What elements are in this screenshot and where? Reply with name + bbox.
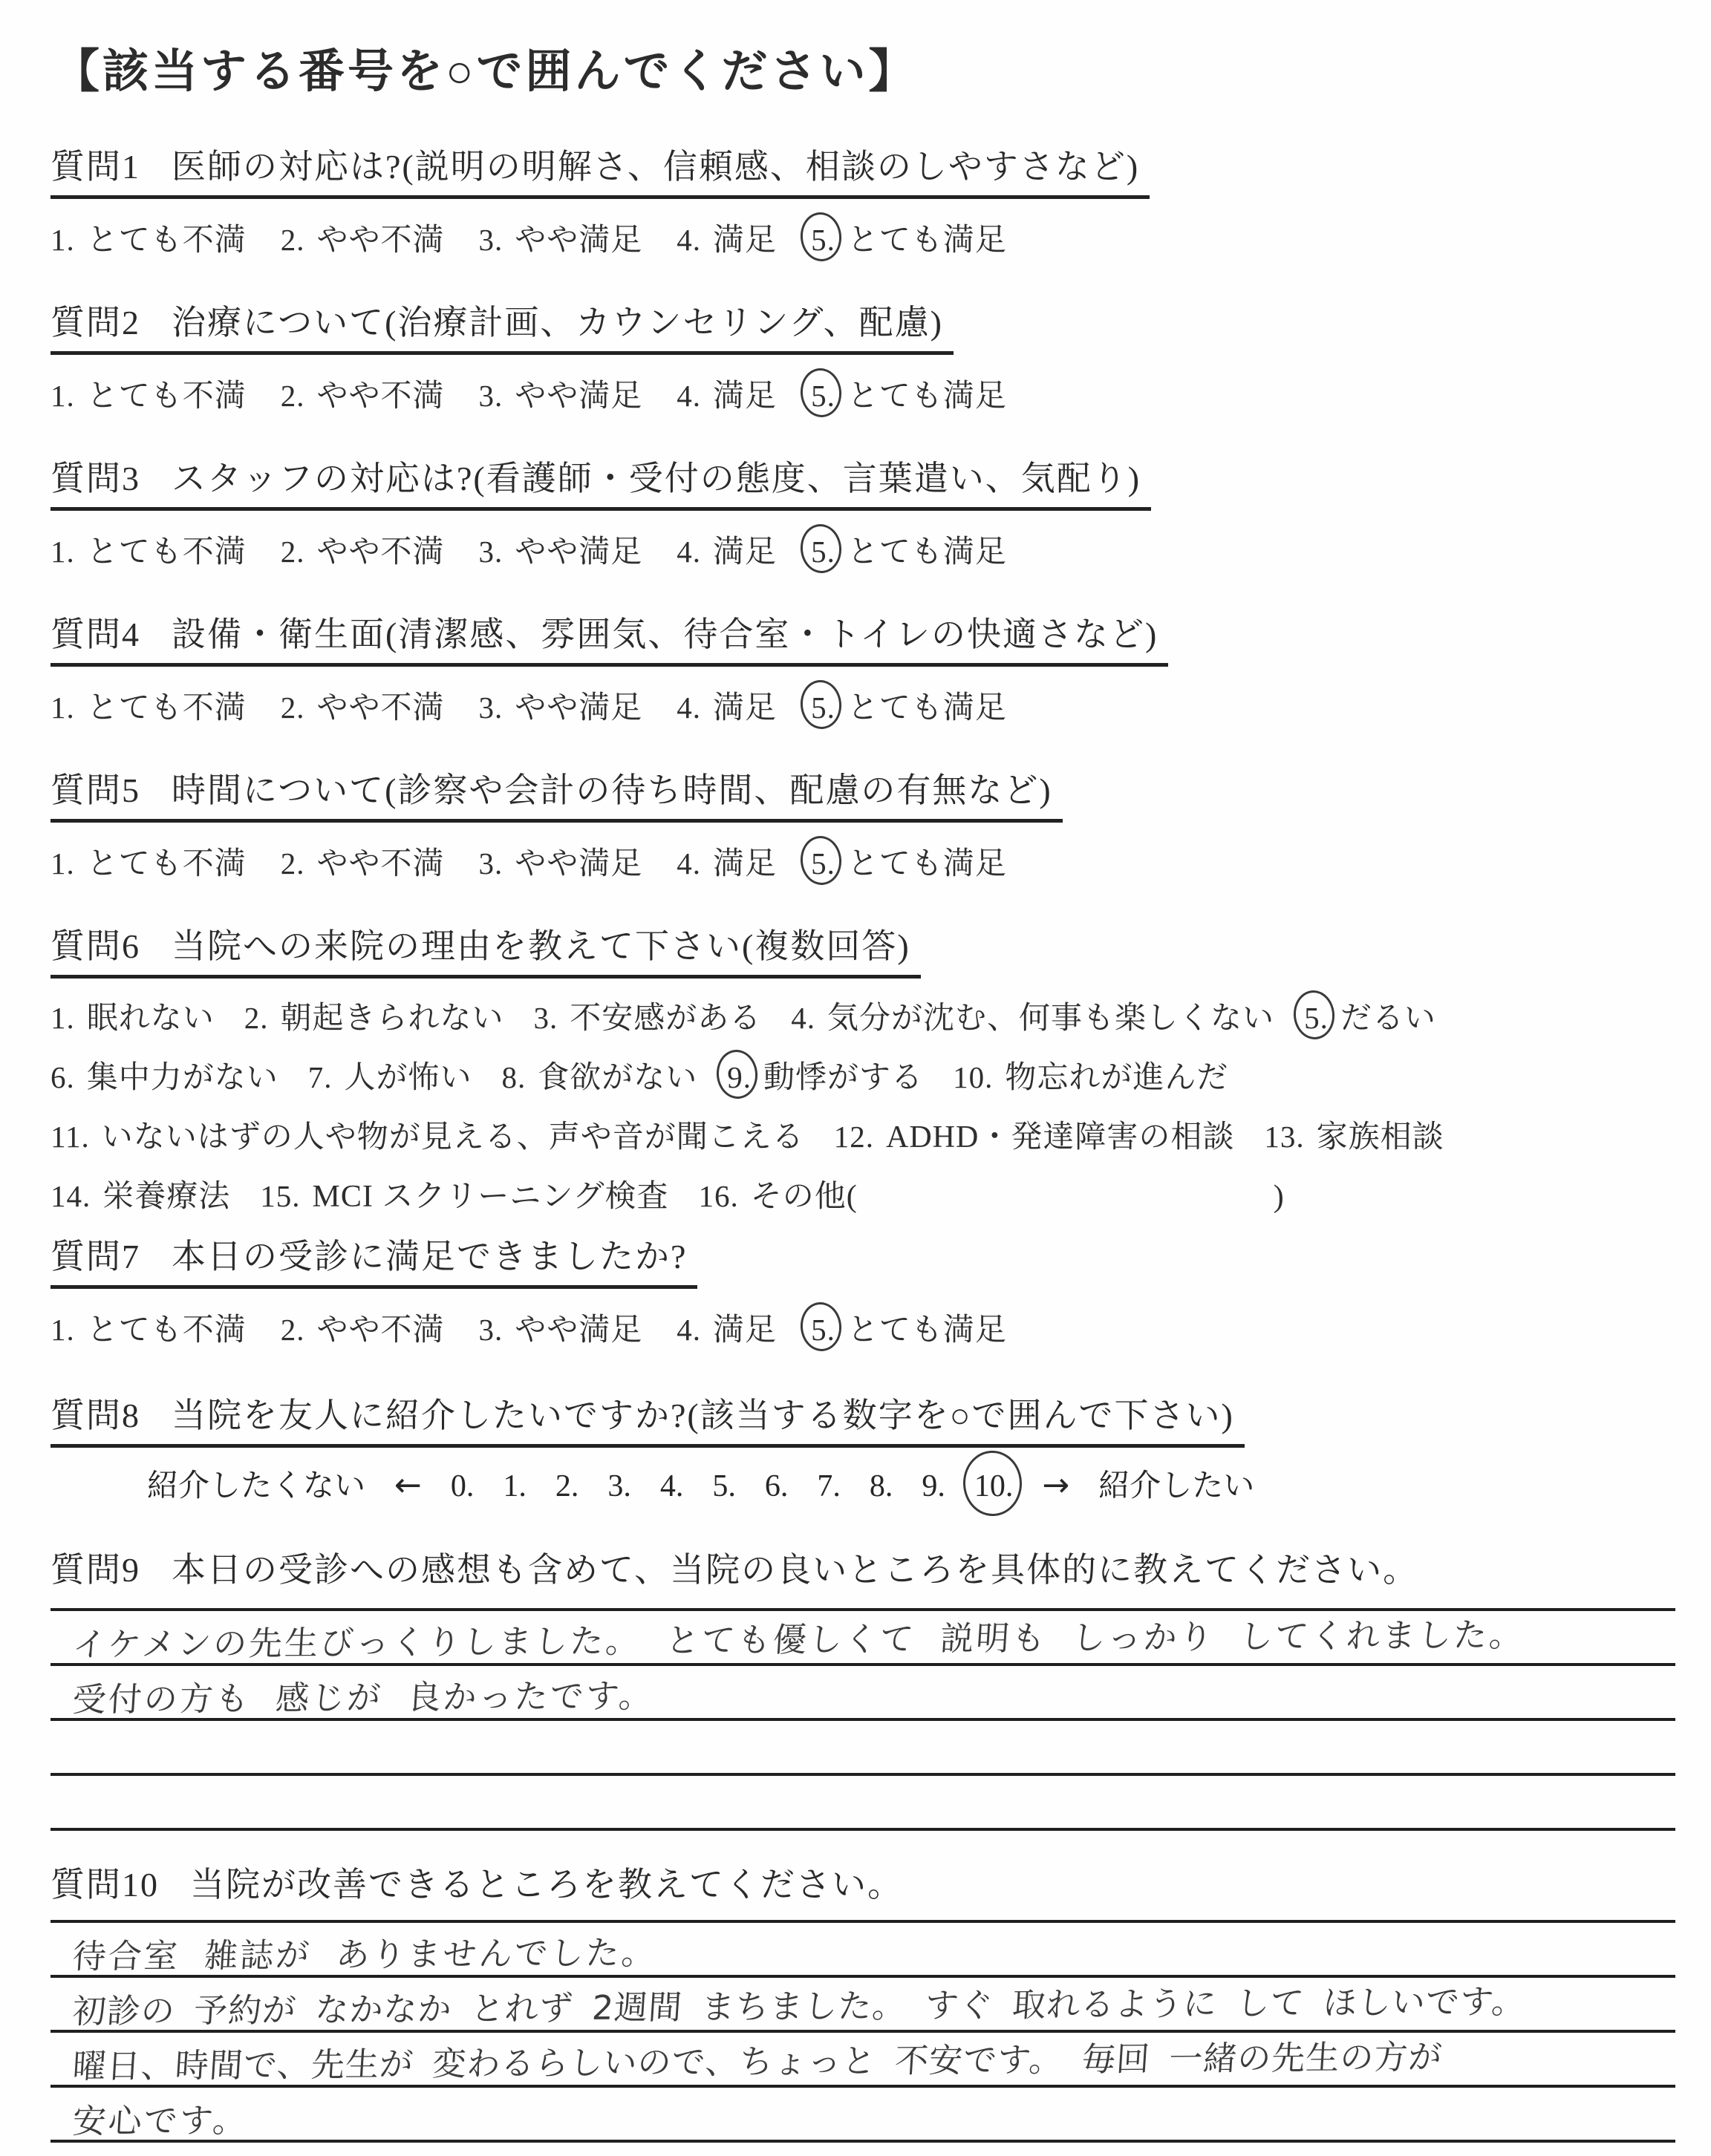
option-label: とても不満	[87, 683, 247, 728]
question-number: 質問10	[50, 1866, 159, 1904]
rating-option: 1.とても不満	[50, 371, 247, 416]
option-number: 6.	[50, 1059, 75, 1095]
circled-answer-mark: 5.	[811, 1312, 835, 1347]
option-label: とても満足	[847, 215, 1007, 260]
reason-option: 3.不安感がある	[534, 993, 762, 1038]
question-3: 質問3スタッフの対応は?(看護師・受付の態度、言葉遣い、気配り) 1.とても不満…	[50, 457, 1675, 572]
option-label: 満足	[713, 215, 777, 260]
left-arrow-icon: ←	[394, 1466, 422, 1504]
reason-option: 2.朝起きられない	[244, 993, 504, 1038]
nps-number: 0.	[451, 1469, 475, 1504]
question-number: 質問4	[50, 615, 140, 653]
rating-option: 3.やや満足	[479, 839, 643, 883]
option-label: 不安感がある	[570, 993, 761, 1038]
option-number: 3.	[479, 534, 503, 569]
nps-number: 9.	[922, 1469, 945, 1504]
answer-line: イケメンの先生びっくりしました。 とても優しくて 説明も しっかり してくれまし…	[50, 1611, 1675, 1666]
handwritten-text: イケメンの先生びっくりしました。 とても優しくて 説明も しっかり してくれまし…	[50, 1607, 1527, 1666]
circled-answer-mark: 5.	[811, 534, 835, 569]
answer-line	[50, 1776, 1675, 1831]
answer-line: 安心です。	[50, 2088, 1675, 2143]
option-number: 4.	[677, 534, 701, 569]
option-label: いないはずの人や物が見える、声や音が聞こえる	[102, 1112, 804, 1157]
rating-option: 3.やや満足	[479, 527, 643, 572]
rating-option: 2.やや不満	[281, 527, 445, 572]
option-label: とても満足	[847, 527, 1007, 572]
question-number: 質問3	[50, 460, 140, 497]
question-8-header: 質問8当院を友人に紹介したいですか?(該当する数字を○で囲んで下さい)	[50, 1394, 1245, 1448]
question-6-row-2: 6.集中力がない 7.人が怖い 8.食欲がない 9.動悸がする 10.物忘れが進…	[50, 1053, 1675, 1097]
question-title: 本日の受診に満足できましたか?	[172, 1238, 687, 1275]
option-label: 動悸がする	[763, 1053, 923, 1097]
nps-number: 3.	[607, 1469, 631, 1504]
reason-option-other: 16.その他()	[699, 1172, 1285, 1216]
question-10: 質問10当院が改善できるところを教えてください。 待合室 雑誌が ありませんでし…	[50, 1863, 1675, 2143]
rating-option: 1.とても不満	[50, 683, 247, 728]
survey-sheet: 【該当する番号を○で囲んでください】 質問1医師の対応は?(説明の明解さ、信頼感…	[0, 0, 1711, 2156]
option-number: 3.	[479, 846, 503, 881]
question-4: 質問4設備・衛生面(清潔感、雰囲気、待合室・トイレの快適さなど) 1.とても不満…	[50, 613, 1675, 728]
option-label: とても満足	[847, 839, 1007, 883]
option-number: 2.	[281, 1312, 305, 1347]
nps-number: 5.	[712, 1469, 736, 1504]
option-label: 満足	[713, 683, 777, 728]
question-number: 質問2	[50, 304, 140, 342]
circled-answer-mark: 10.	[974, 1469, 1014, 1504]
question-number: 質問9	[50, 1551, 140, 1589]
nps-number: 4.	[660, 1469, 684, 1504]
option-label: とても満足	[847, 1305, 1007, 1350]
question-title: 設備・衛生面(清潔感、雰囲気、待合室・トイレの快適さなど)	[172, 615, 1158, 653]
rating-option: 3.やや満足	[479, 371, 643, 416]
option-label: やや満足	[515, 371, 642, 416]
option-label: 集中力がない	[87, 1053, 278, 1097]
reason-option: 13.家族相談	[1264, 1112, 1444, 1157]
rating-option: 4.満足	[677, 839, 777, 883]
option-number: 3.	[479, 690, 503, 725]
option-number: 15.	[260, 1178, 300, 1214]
option-label: とても不満	[87, 1305, 247, 1350]
option-label: 満足	[713, 839, 777, 883]
question-title: 当院が改善できるところを教えてください。	[190, 1866, 903, 1904]
reason-option: 7.人が怖い	[308, 1053, 472, 1097]
question-title: 本日の受診への感想も含めて、当院の良いところを具体的に教えてください。	[172, 1551, 1418, 1589]
rating-option: 1.とても不満	[50, 527, 247, 572]
option-label: とても不満	[87, 215, 247, 260]
rating-option: 2.やや不満	[281, 839, 445, 883]
reason-option-circled: 9.動悸がする	[727, 1053, 923, 1097]
option-label: その他(	[751, 1172, 858, 1216]
option-label: とても不満	[87, 371, 247, 416]
circled-answer-mark: 5.	[811, 378, 835, 414]
option-number: 2.	[244, 1000, 269, 1036]
option-label: 満足	[713, 1305, 777, 1350]
option-label: 満足	[713, 371, 777, 416]
nps-number: 6.	[765, 1469, 789, 1504]
option-number: 2.	[281, 534, 305, 569]
rating-option-circled: 5.とても満足	[811, 215, 1007, 260]
reason-option: 6.集中力がない	[50, 1053, 278, 1097]
question-3-options: 1.とても不満 2.やや不満 3.やや満足 4.満足 5.とても満足	[50, 527, 1675, 572]
option-number: 2.	[281, 378, 305, 414]
reason-option: 11.いないはずの人や物が見える、声や音が聞こえる	[50, 1112, 804, 1157]
circled-answer-mark: 9.	[727, 1059, 752, 1095]
rating-option: 2.やや不満	[281, 1305, 445, 1350]
option-label: やや満足	[515, 527, 642, 572]
option-number: 4.	[677, 378, 701, 414]
rating-option: 3.やや満足	[479, 683, 643, 728]
option-label: 人が怖い	[345, 1053, 472, 1097]
circled-answer-mark: 5.	[1304, 1000, 1329, 1036]
reason-option: 14.栄養療法	[50, 1172, 230, 1216]
reason-option: 8.食欲がない	[502, 1053, 698, 1097]
answer-line: 初診の 予約が なかなか とれず 2週間 まちました。 すぐ 取れるように して…	[50, 1978, 1675, 2033]
option-label: 栄養療法	[102, 1172, 230, 1216]
option-number: 3.	[534, 1000, 558, 1036]
question-2-header: 質問2治療について(治療計画、カウンセリング、配慮)	[50, 301, 954, 355]
question-1-options: 1.とても不満 2.やや不満 3.やや満足 4.満足 5.とても満足	[50, 215, 1675, 260]
handwritten-text: 受付の方も 感じが 良かったです。	[50, 1668, 656, 1721]
question-10-header: 質問10当院が改善できるところを教えてください。	[50, 1863, 903, 1907]
question-6: 質問6当院への来院の理由を教えて下さい(複数回答) 1.眠れない 2.朝起きられ…	[50, 925, 1675, 1216]
rating-option-circled: 5.とても満足	[811, 683, 1007, 728]
rating-option: 4.満足	[677, 371, 777, 416]
reason-option-circled: 5.だるい	[1304, 993, 1436, 1038]
reason-option: 12.ADHD・発達障害の相談	[834, 1112, 1235, 1157]
question-2-options: 1.とても不満 2.やや不満 3.やや満足 4.満足 5.とても満足	[50, 371, 1675, 416]
answer-line: 待合室 雑誌が ありませんでした。	[50, 1923, 1675, 1978]
question-number: 質問8	[50, 1396, 140, 1434]
option-label: とても満足	[847, 371, 1007, 416]
option-number: 10.	[953, 1059, 993, 1095]
question-number: 質問7	[50, 1238, 140, 1275]
option-label: やや満足	[515, 683, 642, 728]
question-title: 当院への来院の理由を教えて下さい(複数回答)	[172, 927, 910, 965]
nps-number: 8.	[870, 1469, 893, 1504]
option-label: とても不満	[87, 839, 247, 883]
rating-option-circled: 5.とても満足	[811, 1305, 1007, 1350]
rating-option: 1.とても不満	[50, 839, 247, 883]
option-number: 3.	[479, 222, 503, 258]
question-7-options: 1.とても不満 2.やや不満 3.やや満足 4.満足 5.とても満足	[50, 1305, 1675, 1350]
option-number: 11.	[50, 1119, 90, 1154]
option-label: MCI スクリーニング検査	[313, 1172, 669, 1216]
rating-option-circled: 5.とても満足	[811, 527, 1007, 572]
answer-line: 受付の方も 感じが 良かったです。	[50, 1666, 1675, 1721]
option-label: ADHD・発達障害の相談	[886, 1112, 1234, 1157]
question-number: 質問1	[50, 148, 140, 186]
question-title: 当院を友人に紹介したいですか?(該当する数字を○で囲んで下さい)	[172, 1396, 1234, 1434]
option-label: とても不満	[87, 527, 247, 572]
option-label: やや不満	[317, 371, 445, 416]
rating-option: 2.やや不満	[281, 215, 445, 260]
option-label: やや不満	[317, 215, 445, 260]
option-label: やや満足	[515, 839, 642, 883]
rating-option: 2.やや不満	[281, 371, 445, 416]
question-title: スタッフの対応は?(看護師・受付の態度、言葉遣い、気配り)	[172, 460, 1141, 497]
question-7: 質問7本日の受診に満足できましたか? 1.とても不満 2.やや不満 3.やや満足…	[50, 1235, 1675, 1350]
question-6-row-4: 14.栄養療法 15.MCI スクリーニング検査 16.その他()	[50, 1172, 1675, 1216]
option-number: 1.	[50, 1000, 75, 1036]
right-arrow-icon: →	[1042, 1466, 1069, 1504]
option-number: 7.	[308, 1059, 333, 1095]
option-number: 2.	[281, 222, 305, 258]
question-9-answer-area: イケメンの先生びっくりしました。 とても優しくて 説明も しっかり してくれまし…	[50, 1608, 1675, 1831]
option-number: 1.	[50, 534, 75, 569]
question-1-header: 質問1医師の対応は?(説明の明解さ、信頼感、相談のしやすさなど)	[50, 146, 1150, 199]
reason-option: 15.MCI スクリーニング検査	[260, 1172, 668, 1216]
option-number: 4.	[677, 222, 701, 258]
rating-option: 2.やや不満	[281, 683, 445, 728]
option-number: 12.	[834, 1119, 874, 1154]
rating-option: 1.とても不満	[50, 215, 247, 260]
option-number: 4.	[677, 690, 701, 725]
nps-right-label: 紹介したい	[1098, 1461, 1254, 1506]
option-number: 16.	[699, 1178, 739, 1214]
nps-number: 2.	[555, 1469, 579, 1504]
rating-option-circled: 5.とても満足	[811, 371, 1007, 416]
close-paren: )	[1274, 1179, 1285, 1215]
option-label: やや不満	[317, 683, 445, 728]
option-number: 3.	[479, 1312, 503, 1347]
nps-left-label: 紹介したくない	[147, 1461, 365, 1506]
rating-option-circled: 5.とても満足	[811, 839, 1007, 883]
option-number: 2.	[281, 690, 305, 725]
question-10-answer-area: 待合室 雑誌が ありませんでした。 初診の 予約が なかなか とれず 2週間 ま…	[50, 1920, 1675, 2143]
option-label: やや不満	[317, 527, 445, 572]
rating-option: 4.満足	[677, 683, 777, 728]
question-8: 質問8当院を友人に紹介したいですか?(該当する数字を○で囲んで下さい) 紹介した…	[50, 1394, 1675, 1506]
rating-option: 4.満足	[677, 215, 777, 260]
question-5-header: 質問5時間について(診察や会計の待ち時間、配慮の有無など)	[50, 769, 1063, 823]
option-label: 眠れない	[87, 993, 215, 1038]
option-label: だるい	[1340, 993, 1436, 1038]
option-label: やや満足	[515, 1305, 642, 1350]
nps-number: 1.	[503, 1469, 527, 1504]
nps-number: 7.	[817, 1469, 841, 1504]
option-number: 1.	[50, 222, 75, 258]
option-number: 4.	[677, 1312, 701, 1347]
circled-answer-mark: 5.	[811, 690, 835, 725]
rating-option: 3.やや満足	[479, 1305, 643, 1350]
option-label: 満足	[713, 527, 777, 572]
option-label: やや不満	[317, 1305, 445, 1350]
question-title: 医師の対応は?(説明の明解さ、信頼感、相談のしやすさなど)	[172, 148, 1139, 186]
question-7-header: 質問7本日の受診に満足できましたか?	[50, 1235, 697, 1289]
question-5-options: 1.とても不満 2.やや不満 3.やや満足 4.満足 5.とても満足	[50, 839, 1675, 883]
option-number: 13.	[1264, 1119, 1304, 1154]
question-number: 質問6	[50, 927, 140, 965]
option-label: 気分が沈む、何事も楽しくない	[827, 993, 1274, 1038]
option-label: 食欲がない	[538, 1053, 697, 1097]
circled-answer-mark: 5.	[811, 846, 835, 881]
question-6-header: 質問6当院への来院の理由を教えて下さい(複数回答)	[50, 925, 921, 979]
option-number: 1.	[50, 1312, 75, 1347]
handwritten-text: 安心です。	[50, 2093, 250, 2143]
option-number: 4.	[677, 846, 701, 881]
answer-line: 曜日、時間で、先生が 変わるらしいので、ちょっと 不安です。 毎回 一緒の先生の…	[50, 2033, 1675, 2088]
nps-scale: 紹介したくない ← 0. 1. 2. 3. 4. 5. 6. 7. 8. 9. …	[147, 1461, 1675, 1506]
option-number: 2.	[281, 846, 305, 881]
option-number: 3.	[479, 378, 503, 414]
rating-option: 4.満足	[677, 527, 777, 572]
question-number: 質問5	[50, 771, 140, 809]
option-label: やや満足	[515, 215, 642, 260]
handwritten-text: 曜日、時間で、先生が 変わるらしいので、ちょっと 不安です。 毎回 一緒の先生の…	[50, 2030, 1444, 2088]
option-number: 8.	[502, 1059, 527, 1095]
option-number: 1.	[50, 378, 75, 414]
option-number: 14.	[50, 1178, 91, 1214]
question-2: 質問2治療について(治療計画、カウンセリング、配慮) 1.とても不満 2.やや不…	[50, 301, 1675, 416]
question-9-header: 質問9本日の受診への感想も含めて、当院の良いところを具体的に教えてください。	[50, 1549, 1418, 1592]
option-label: 朝起きられない	[281, 993, 504, 1038]
question-6-row-3: 11.いないはずの人や物が見える、声や音が聞こえる 12.ADHD・発達障害の相…	[50, 1112, 1675, 1157]
reason-option: 1.眠れない	[50, 993, 215, 1038]
question-9: 質問9本日の受診への感想も含めて、当院の良いところを具体的に教えてください。 イ…	[50, 1549, 1675, 1831]
question-3-header: 質問3スタッフの対応は?(看護師・受付の態度、言葉遣い、気配り)	[50, 457, 1151, 511]
option-label: やや不満	[317, 839, 445, 883]
question-title: 治療について(治療計画、カウンセリング、配慮)	[172, 304, 943, 342]
handwritten-text: 初診の 予約が なかなか とれず 2週間 まちました。 すぐ 取れるように して…	[50, 1974, 1528, 2033]
question-1: 質問1医師の対応は?(説明の明解さ、信頼感、相談のしやすさなど) 1.とても不満…	[50, 146, 1675, 260]
option-number: 1.	[50, 690, 75, 725]
question-4-options: 1.とても不満 2.やや不満 3.やや満足 4.満足 5.とても満足	[50, 683, 1675, 728]
question-5: 質問5時間について(診察や会計の待ち時間、配慮の有無など) 1.とても不満 2.…	[50, 769, 1675, 883]
question-4-header: 質問4設備・衛生面(清潔感、雰囲気、待合室・トイレの快適さなど)	[50, 613, 1168, 667]
reason-option: 4.気分が沈む、何事も楽しくない	[791, 993, 1274, 1038]
rating-option: 4.満足	[677, 1305, 777, 1350]
option-label: 物忘れが進んだ	[1005, 1053, 1228, 1097]
rating-option: 1.とても不満	[50, 1305, 247, 1350]
rating-option: 3.やや満足	[479, 215, 643, 260]
answer-line	[50, 1721, 1675, 1776]
handwritten-text: 待合室 雑誌が ありませんでした。	[50, 1925, 659, 1978]
page-title: 【該当する番号を○で囲んでください】	[53, 34, 917, 100]
option-label: 家族相談	[1317, 1112, 1444, 1157]
reason-option: 10.物忘れが進んだ	[953, 1053, 1228, 1097]
option-label: とても満足	[847, 683, 1007, 728]
option-number: 4.	[791, 1000, 815, 1036]
option-number: 1.	[50, 846, 75, 881]
question-6-row-1: 1.眠れない 2.朝起きられない 3.不安感がある 4.気分が沈む、何事も楽しく…	[50, 993, 1675, 1038]
question-title: 時間について(診察や会計の待ち時間、配慮の有無など)	[172, 771, 1052, 809]
circled-answer-mark: 5.	[811, 222, 835, 258]
